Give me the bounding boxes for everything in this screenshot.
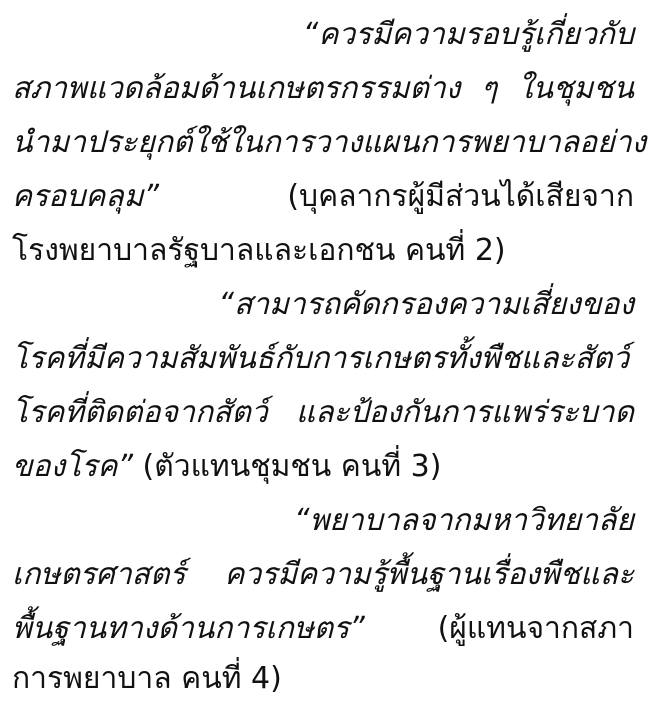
quote-2-line-2: โรคที่มีความสัมพันธ์กับการเกษตรทั้งพืชแล… bbox=[12, 332, 634, 386]
quote-1-line-2: สภาพแวดล้อมด้านเกษตรกรรมต่าง ๆ ในชุมชน bbox=[12, 62, 634, 116]
quote-3-line-3: พื้นฐานทางด้านการเกษตร” (ผู้แทนจากสภา bbox=[12, 602, 634, 656]
quote-1-line-5: โรงพยาบาลรัฐบาลและเอกชน คนที่ 2) bbox=[12, 224, 634, 278]
quote-text: “พยาบาลจากมหาวิทยาลัย bbox=[294, 503, 634, 538]
quote-1-line-4: ครอบคลุม” (บุคลากรผู้มีส่วนได้เสียจาก bbox=[12, 170, 634, 224]
quote-attribution: การพยาบาล คนที่ 4) bbox=[12, 661, 282, 696]
quote-3-line-4: การพยาบาล คนที่ 4) bbox=[12, 652, 634, 706]
quote-text: พื้นฐานทางด้านการเกษตร” bbox=[12, 611, 365, 646]
quote-text: โรคที่ติดต่อจากสัตว์ และป้องกันการแพร่ระ… bbox=[12, 395, 634, 430]
quote-2-line-3: โรคที่ติดต่อจากสัตว์ และป้องกันการแพร่ระ… bbox=[12, 386, 634, 440]
quote-1-line-3: นำมาประยุกต์ใช้ในการวางแผนการพยาบาลอย่าง bbox=[12, 116, 634, 170]
quote-attribution: (ตัวแทนชุมชน คนที่ 3) bbox=[133, 449, 441, 484]
quote-text: เกษตรศาสตร์ ควรมีความรู้พื้นฐานเรื่องพืช… bbox=[12, 557, 634, 592]
quote-1-line-1: “ควรมีความรอบรู้เกี่ยวกับ bbox=[12, 8, 634, 62]
quote-attribution: (ผู้แทนจากสภา bbox=[365, 611, 634, 646]
quote-2-line-4: ของโรค” (ตัวแทนชุมชน คนที่ 3) bbox=[12, 440, 634, 494]
document-page: “ควรมีความรอบรู้เกี่ยวกับ สภาพแวดล้อมด้า… bbox=[0, 0, 648, 706]
quote-text: “ควรมีความรอบรู้เกี่ยวกับ bbox=[303, 17, 634, 52]
quote-2-line-1: “สามารถคัดกรองความเสี่ยงของ bbox=[12, 278, 634, 332]
quote-3-line-1: “พยาบาลจากมหาวิทยาลัย bbox=[12, 494, 634, 548]
quote-text: สภาพแวดล้อมด้านเกษตรกรรมต่าง ๆ ในชุมชน bbox=[12, 71, 634, 106]
quote-text: นำมาประยุกต์ใช้ในการวางแผนการพยาบาลอย่าง bbox=[12, 125, 646, 160]
quote-attribution: โรงพยาบาลรัฐบาลและเอกชน คนที่ 2) bbox=[12, 233, 506, 268]
quote-text: ครอบคลุม” bbox=[12, 179, 159, 214]
quote-text: “สามารถคัดกรองความเสี่ยงของ bbox=[218, 287, 634, 322]
quote-text: โรคที่มีความสัมพันธ์กับการเกษตรทั้งพืชแล… bbox=[12, 341, 629, 376]
quote-attribution: (บุคลากรผู้มีส่วนได้เสียจาก bbox=[159, 179, 634, 214]
quote-3-line-2: เกษตรศาสตร์ ควรมีความรู้พื้นฐานเรื่องพืช… bbox=[12, 548, 634, 602]
quote-text: ของโรค” bbox=[12, 449, 133, 484]
